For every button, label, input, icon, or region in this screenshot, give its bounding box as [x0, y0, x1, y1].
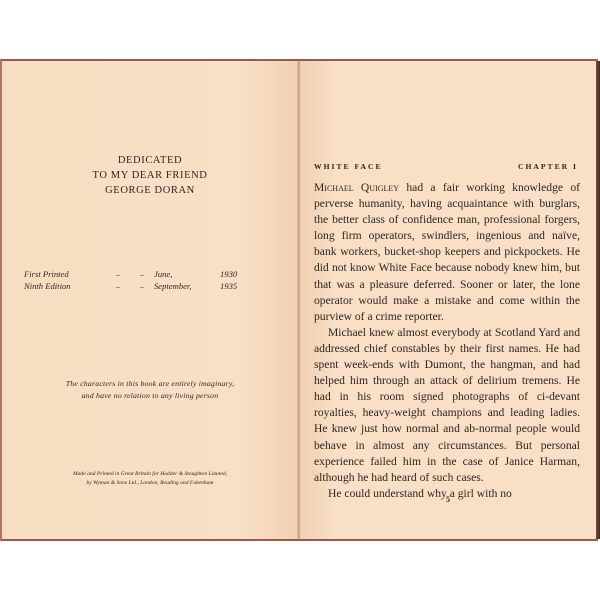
dash: –: [106, 268, 130, 280]
imprint-line: Made and Printed in Great Britain for Ho…: [2, 470, 298, 479]
dash: –: [106, 280, 130, 292]
dedication-line: GEORGE DORAN: [2, 183, 298, 198]
dedication-line: DEDICATED: [2, 153, 298, 168]
printing-year: 1935: [220, 280, 250, 292]
opening-small-caps: Michael Quigley: [314, 181, 399, 194]
imprint-line: by Wyman & Sons Ltd., London, Reading an…: [2, 479, 298, 488]
disclaimer-line: The characters in this book are entirely…: [2, 378, 298, 390]
paragraph-text: had a fair working knowledge of perverse…: [314, 181, 580, 323]
dedication: DEDICATED TO MY DEAR FRIEND GEORGE DORAN: [2, 153, 298, 198]
printing-label: Ninth Edition: [24, 280, 106, 292]
book-title-header: WHITE FACE: [314, 162, 383, 171]
printer-imprint: Made and Printed in Great Britain for Ho…: [2, 470, 298, 488]
printing-year: 1930: [220, 268, 250, 280]
printing-label: First Printed: [24, 268, 106, 280]
paragraph: Michael Quigley had a fair working knowl…: [314, 180, 580, 325]
dedication-line: TO MY DEAR FRIEND: [2, 168, 298, 183]
printing-row: First Printed – – June, 1930: [24, 268, 264, 280]
right-page: WHITE FACE CHAPTER I Michael Quigley had…: [300, 61, 596, 539]
page-number: 5: [300, 495, 596, 504]
printing-row: Ninth Edition – – September, 1935: [24, 280, 264, 292]
chapter-header: CHAPTER I: [518, 162, 578, 171]
running-head: WHITE FACE CHAPTER I: [314, 162, 578, 171]
chapter-body: Michael Quigley had a fair working knowl…: [314, 180, 580, 502]
paragraph: Michael knew almost everybody at Scotlan…: [314, 325, 580, 486]
fiction-disclaimer: The characters in this book are entirely…: [2, 378, 298, 402]
printing-date: June,: [154, 268, 220, 280]
dash: –: [130, 268, 154, 280]
dash: –: [130, 280, 154, 292]
printing-history: First Printed – – June, 1930 Ninth Editi…: [24, 268, 264, 292]
open-book: DEDICATED TO MY DEAR FRIEND GEORGE DORAN…: [0, 59, 598, 541]
printing-date: September,: [154, 280, 220, 292]
disclaimer-line: and have no relation to any living perso…: [2, 390, 298, 402]
left-page: DEDICATED TO MY DEAR FRIEND GEORGE DORAN…: [2, 61, 298, 539]
